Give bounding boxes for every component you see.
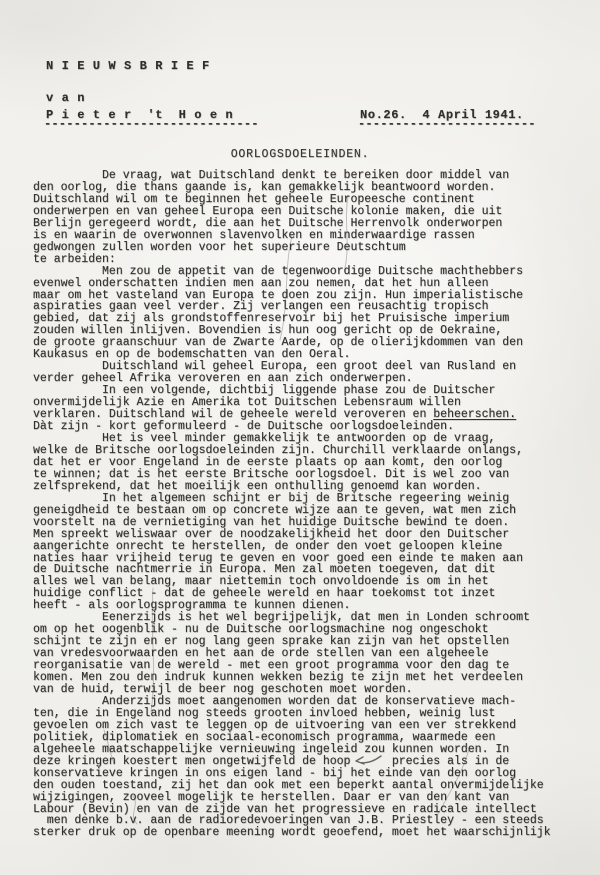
article-body: De vraag, wat Duitschland denkt te berei…	[33, 170, 551, 839]
author-underline-rule: -----------------------------	[44, 117, 259, 131]
issue-underline-rule: ------------------------	[358, 117, 536, 131]
newsletter-van-label: v a n	[46, 91, 85, 105]
newsletter-name: N I E U W S B R I E F	[46, 59, 210, 73]
newsletter-scan-page: N I E U W S B R I E F v a n P i e t e r …	[0, 0, 600, 875]
article-title: OORLOGSDOELEINDEN.	[0, 148, 600, 161]
article-body-part2: Dàt zijn - kort geformuleerd - de Duitsc…	[33, 420, 551, 839]
article-body-part1: De vraag, wat Duitschland denkt te berei…	[33, 169, 523, 421]
